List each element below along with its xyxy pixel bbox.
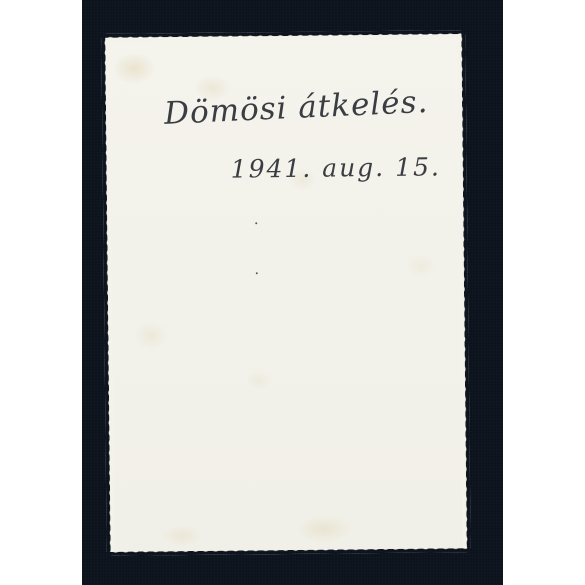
photo-card-back: Dömösi átkelés. 1941. aug. 15. xyxy=(105,34,466,552)
handwritten-date: 1941. aug. 15. xyxy=(231,152,441,183)
paper-speck xyxy=(255,222,257,224)
paper-speck xyxy=(256,272,258,274)
